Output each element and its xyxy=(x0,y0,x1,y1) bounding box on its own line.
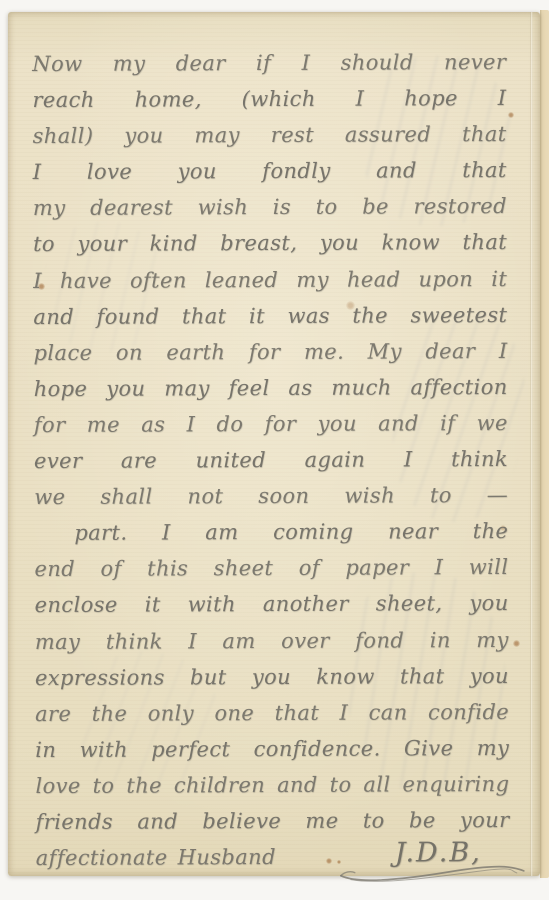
foxing-spot xyxy=(508,112,514,118)
letter-line: in with perfect confidence. Give my xyxy=(35,730,509,768)
letter-line: reach home, (which I hope I xyxy=(32,80,506,118)
letter-line: to your kind breast, you know that xyxy=(33,224,507,262)
letter-body: Now my dear if I should never reach home… xyxy=(32,44,510,876)
letter-line: I love you fondly and that xyxy=(33,152,507,190)
letter-line: for me as I do for you and if we xyxy=(34,405,508,443)
closing-words: affectionate Husband xyxy=(36,839,276,876)
letter-line: hope you may feel as much affection xyxy=(34,369,508,407)
letter-line: we shall not soon wish to — xyxy=(34,477,508,515)
letter-line: expressions but you know that you xyxy=(35,658,509,696)
signature-block: J.D.B, xyxy=(395,835,482,874)
foxing-spot xyxy=(513,640,520,647)
letter-line: ever are united again I think xyxy=(34,441,508,479)
letter-line: I have often leaned my head upon it xyxy=(33,261,507,299)
signature: J.D.B, xyxy=(395,837,482,868)
letter-line: my dearest wish is to be restored xyxy=(33,188,507,226)
letter-line: love to the children and to all enquirin… xyxy=(35,766,509,804)
letter-line: end of this sheet of paper I will xyxy=(34,549,508,587)
second-sheet-edge xyxy=(540,10,549,878)
letter-line: and found that it was the sweetest xyxy=(33,297,507,335)
letter-line: place on earth for me. My dear I xyxy=(33,333,507,371)
letter-line: may think I am over fond in my xyxy=(35,621,509,659)
letter-page: Now my dear if I should never reach home… xyxy=(8,12,540,876)
letter-photograph: Now my dear if I should never reach home… xyxy=(0,0,549,900)
letter-line: are the only one that I can confide xyxy=(35,694,509,732)
fold-crease xyxy=(530,12,533,876)
letter-line: enclose it with another sheet, you xyxy=(35,585,509,623)
letter-line: shall) you may rest assured that xyxy=(33,116,507,154)
closing-line: affectionate Husband J.D.B, xyxy=(36,838,510,876)
letter-line: Now my dear if I should never xyxy=(32,44,506,82)
letter-line: part. I am coming near the xyxy=(34,513,508,551)
